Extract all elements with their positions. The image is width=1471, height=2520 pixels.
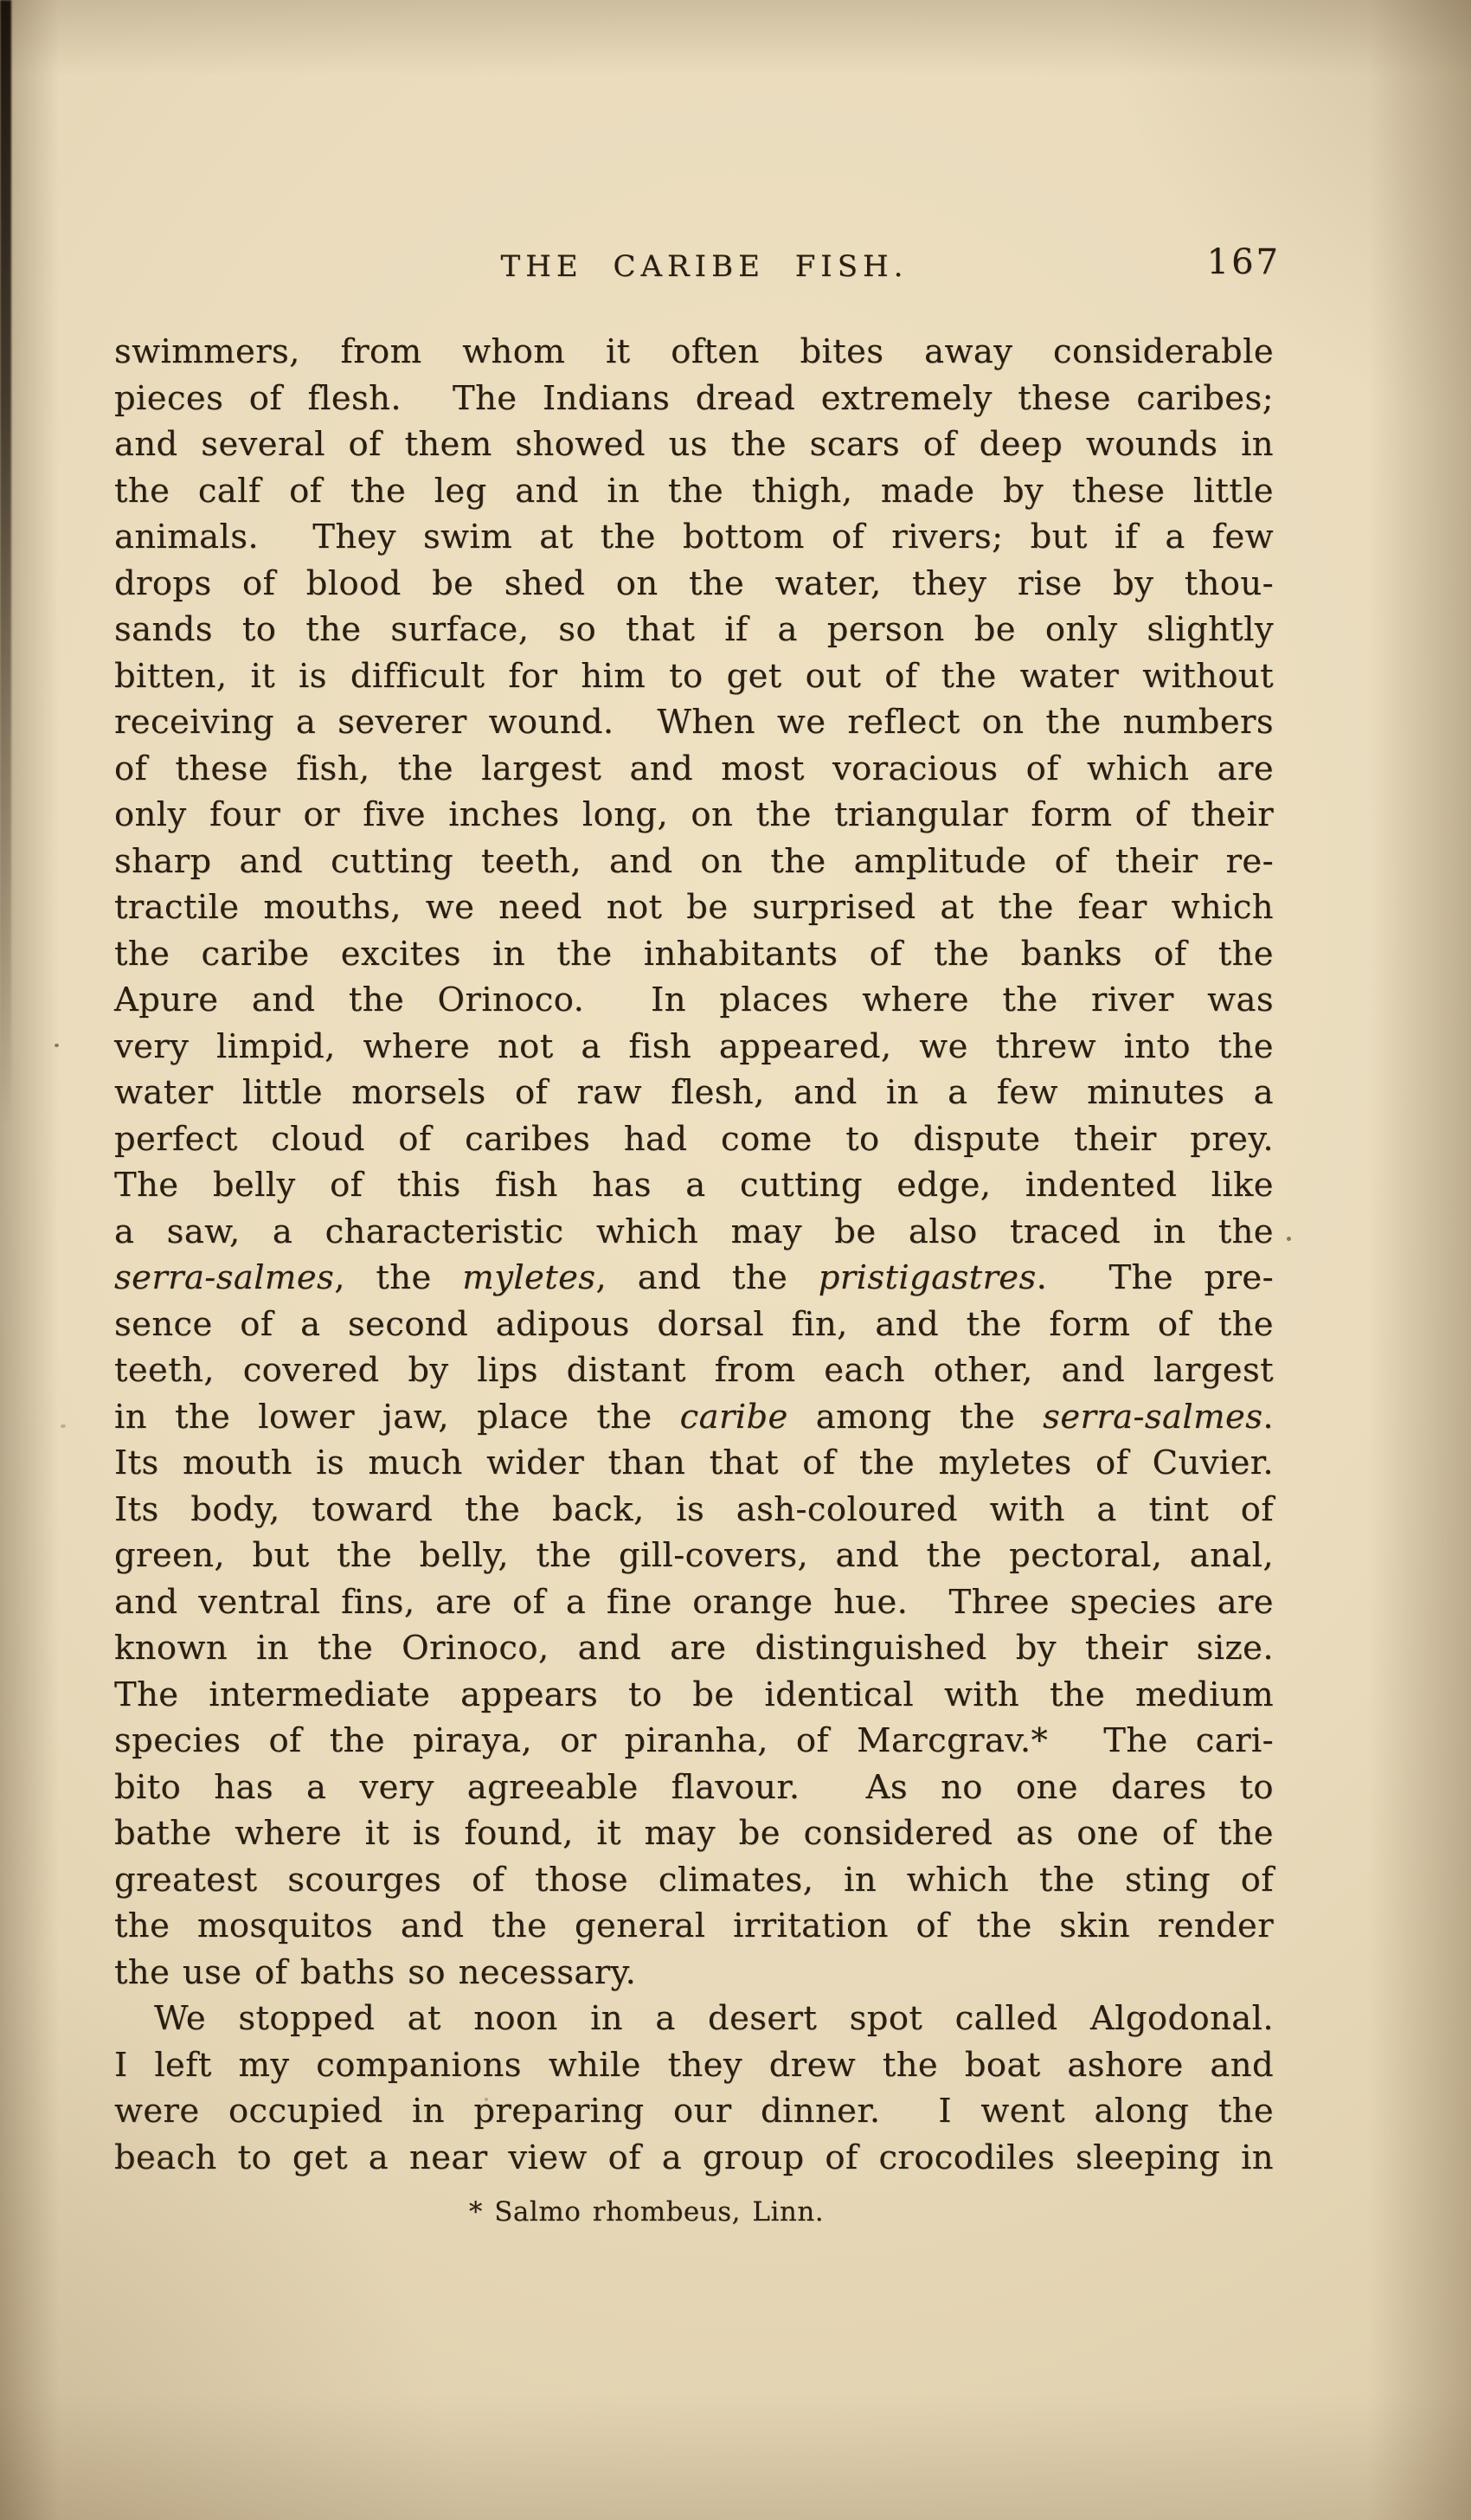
text-segment: and several of them showed us the scars … — [114, 425, 1274, 464]
text-segment: the caribe excites in the inhabitants of… — [114, 935, 1274, 974]
ink-speck — [485, 2098, 488, 2101]
text-segment: the use of baths so necessary. — [114, 1953, 636, 1992]
text-line: bathe where it is found, it may be consi… — [114, 1810, 1274, 1857]
text-segment: the calf of the leg and in the thigh, ma… — [114, 472, 1274, 511]
text-segment: green, but the belly, the gill-covers, a… — [114, 1536, 1274, 1575]
text-line: The belly of this fish has a cutting edg… — [114, 1162, 1274, 1209]
text-segment: in the lower jaw, place the — [114, 1398, 680, 1437]
text-segment: I left my companions while they drew the… — [114, 2046, 1274, 2085]
text-segment: The belly of this fish has a cutting edg… — [114, 1166, 1274, 1205]
text-segment: beach to get a near view of a group of c… — [114, 2138, 1274, 2177]
text-line: pieces of flesh. The Indians dread extre… — [114, 376, 1274, 422]
italic-text-segment: caribe — [680, 1398, 788, 1437]
text-segment: swimmers, from whom it often bites away … — [114, 332, 1274, 371]
text-segment: perfect cloud of caribes had come to dis… — [114, 1120, 1274, 1159]
page-number: 167 — [1207, 242, 1281, 282]
text-segment: sands to the surface, so that if a perso… — [114, 610, 1274, 649]
italic-text-segment: pristigastres — [819, 1258, 1037, 1297]
text-segment: of these fish, the largest and most vora… — [114, 749, 1274, 788]
text-line: beach to get a near view of a group of c… — [114, 2135, 1274, 2182]
text-line: swimmers, from whom it often bites away … — [114, 329, 1274, 376]
italic-text-segment: myletes — [462, 1258, 595, 1297]
text-line: I left my companions while they drew the… — [114, 2042, 1274, 2089]
text-segment: animals. They swim at the bottom of rive… — [114, 517, 1274, 556]
text-segment: pieces of flesh. The Indians dread extre… — [114, 379, 1274, 418]
body-text: swimmers, from whom it often bites away … — [114, 329, 1274, 2181]
text-segment: species of the piraya, or piranha, of Ma… — [114, 1721, 1274, 1760]
text-line: greatest scourges of those climates, in … — [114, 1857, 1274, 1904]
text-line: teeth, covered by lips distant from each… — [114, 1347, 1274, 1394]
text-line: perfect cloud of caribes had come to dis… — [114, 1116, 1274, 1163]
italic-text-segment: serra-salmes — [1043, 1398, 1262, 1437]
text-line: bito has a very agreeable flavour. As no… — [114, 1765, 1274, 1811]
text-segment: , and the — [595, 1258, 818, 1297]
text-segment: bitten, it is difficult for him to get o… — [114, 657, 1274, 696]
text-segment: only four or five inches long, on the tr… — [114, 795, 1274, 834]
text-line: drops of blood be shed on the water, the… — [114, 561, 1274, 607]
text-segment: sence of a second adipous dorsal fin, an… — [114, 1305, 1274, 1344]
text-line: and several of them showed us the scars … — [114, 421, 1274, 468]
text-segment: bathe where it is found, it may be consi… — [114, 1814, 1274, 1853]
text-segment: sharp and cutting teeth, and on the ampl… — [114, 842, 1274, 881]
text-segment: greatest scourges of those climates, in … — [114, 1861, 1274, 1900]
binding-shadow — [0, 0, 11, 1125]
text-segment: We stopped at noon in a desert spot call… — [154, 1999, 1274, 2038]
text-segment: . The pre- — [1037, 1258, 1274, 1297]
text-line: sharp and cutting teeth, and on the ampl… — [114, 839, 1274, 885]
text-segment: receiving a severer wound. When we refle… — [114, 703, 1274, 742]
text-line: the mosquitos and the general irritation… — [114, 1903, 1274, 1950]
text-segment: . — [1262, 1398, 1274, 1437]
text-segment: The intermediate appears to be identical… — [114, 1675, 1274, 1714]
text-segment: , the — [334, 1258, 462, 1297]
text-line: the calf of the leg and in the thigh, ma… — [114, 468, 1274, 515]
ink-speck — [1287, 1237, 1291, 1241]
text-line: sands to the surface, so that if a perso… — [114, 607, 1274, 653]
text-line: in the lower jaw, place the caribe among… — [114, 1394, 1274, 1441]
italic-text-segment: serra-salmes — [114, 1258, 334, 1297]
text-line: green, but the belly, the gill-covers, a… — [114, 1533, 1274, 1579]
text-line: tractile mouths, we need not be surprise… — [114, 884, 1274, 931]
text-segment: teeth, covered by lips distant from each… — [114, 1351, 1274, 1390]
text-segment: water little morsels of raw flesh, and i… — [114, 1073, 1274, 1112]
text-segment: Apure and the Orinoco. In places where t… — [114, 980, 1274, 1019]
text-line: bitten, it is difficult for him to get o… — [114, 653, 1274, 700]
text-segment: and ventral fins, are of a fine orange h… — [114, 1583, 1274, 1622]
running-header-title: THE CARIBE FISH. — [501, 249, 909, 284]
text-segment: among the — [788, 1398, 1043, 1437]
text-segment: the mosquitos and the general irritation… — [114, 1906, 1274, 1945]
text-segment: known in the Orinoco, and are distinguis… — [114, 1629, 1274, 1668]
text-segment: Its mouth is much wider than that of the… — [114, 1443, 1274, 1482]
text-line: were occupied in preparing our dinner. I… — [114, 2088, 1274, 2135]
text-line: The intermediate appears to be identical… — [114, 1672, 1274, 1719]
footnote: * Salmo rhombeus, Linn. — [67, 2196, 1226, 2227]
text-line: animals. They swim at the bottom of rive… — [114, 514, 1274, 561]
text-line: a saw, a characteristic which may be als… — [114, 1209, 1274, 1256]
text-segment: a saw, a characteristic which may be als… — [114, 1212, 1274, 1251]
text-line: of these fish, the largest and most vora… — [114, 746, 1274, 793]
text-line: only four or five inches long, on the tr… — [114, 792, 1274, 839]
text-line: known in the Orinoco, and are distinguis… — [114, 1625, 1274, 1672]
text-line: the use of baths so necessary. — [114, 1950, 1274, 1996]
text-segment: very limpid, where not a fish appeared, … — [114, 1027, 1274, 1066]
text-line: and ventral fins, are of a fine orange h… — [114, 1579, 1274, 1626]
text-line: very limpid, where not a fish appeared, … — [114, 1024, 1274, 1070]
text-line: water little morsels of raw flesh, and i… — [114, 1070, 1274, 1116]
text-segment: drops of blood be shed on the water, the… — [114, 564, 1274, 603]
text-line: receiving a severer wound. When we refle… — [114, 699, 1274, 746]
text-line: sence of a second adipous dorsal fin, an… — [114, 1302, 1274, 1348]
text-segment: tractile mouths, we need not be surprise… — [114, 888, 1274, 927]
text-line: the caribe excites in the inhabitants of… — [114, 931, 1274, 978]
text-line: Its mouth is much wider than that of the… — [114, 1440, 1274, 1487]
text-segment: were occupied in preparing our dinner. I… — [114, 2092, 1274, 2131]
ink-speck — [55, 1044, 59, 1047]
text-line: species of the piraya, or piranha, of Ma… — [114, 1718, 1274, 1765]
text-line: serra-salmes, the myletes, and the prist… — [114, 1255, 1274, 1302]
ink-speck — [61, 1424, 66, 1428]
scanned-book-page: THE CARIBE FISH. 167 swimmers, from whom… — [0, 0, 1471, 2520]
text-line: We stopped at noon in a desert spot call… — [114, 1996, 1274, 2042]
text-segment: bito has a very agreeable flavour. As no… — [114, 1768, 1274, 1807]
text-segment: Its body, toward the back, is ash-colour… — [114, 1490, 1274, 1529]
text-line: Its body, toward the back, is ash-colour… — [114, 1487, 1274, 1533]
text-line: Apure and the Orinoco. In places where t… — [114, 977, 1274, 1024]
page-header: THE CARIBE FISH. 167 — [114, 246, 1274, 287]
